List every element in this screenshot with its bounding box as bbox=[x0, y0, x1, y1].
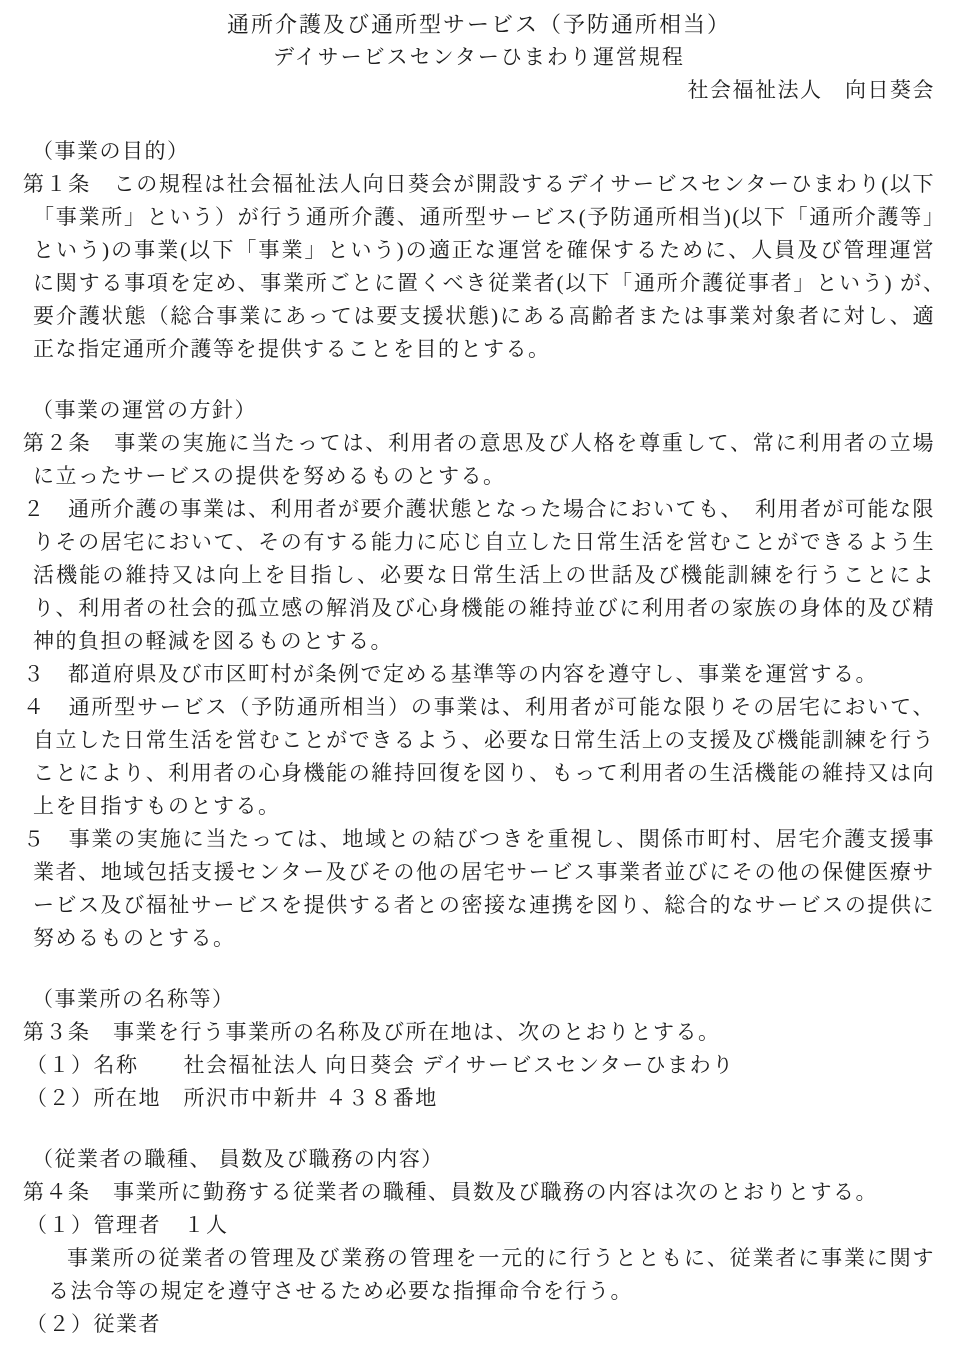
article-paragraph: 第１条 この規程は社会福祉法人向日葵会が開設するデイサービスセンターひまわり(以… bbox=[23, 168, 935, 366]
article-paragraph: ５ 事業の実施に当たっては、地域との結びつきを重視し、関係市町村、居宅介護支援事… bbox=[23, 823, 935, 955]
article-paragraph: 第４条 事業所に勤務する従業者の職種、員数及び職務の内容は次のとおりとする。 bbox=[23, 1176, 935, 1209]
section: （事業の運営の方針）第２条 事業の実施に当たっては、利用者の意思及び人格を尊重し… bbox=[23, 394, 935, 955]
description-paragraph: 事業所の従業者の管理及び業務の管理を一元的に行うとともに、従業者に事業に関する法… bbox=[48, 1242, 935, 1308]
list-item: （１）管理者 １人 bbox=[26, 1209, 935, 1242]
document-body: （事業の目的）第１条 この規程は社会福祉法人向日葵会が開設するデイサービスセンタ… bbox=[23, 135, 935, 1341]
list-item: （１）名称 社会福祉法人 向日葵会 デイサービスセンターひまわり bbox=[26, 1049, 935, 1082]
article-paragraph: ２ 通所介護の事業は、利用者が要介護状態となった場合においても、 利用者が可能な… bbox=[23, 493, 935, 658]
article-paragraph: ３ 都道府県及び市区町村が条例で定める基準等の内容を遵守し、事業を運営する。 bbox=[23, 658, 935, 691]
section-label: （事業所の名称等） bbox=[32, 983, 935, 1016]
organization-name: 社会福祉法人 向日葵会 bbox=[23, 74, 935, 107]
section: （事業所の名称等）第３条 事業を行う事業所の名称及び所在地は、次のとおりとする。… bbox=[23, 983, 935, 1115]
section-label: （事業の目的） bbox=[32, 135, 935, 168]
article-paragraph: 第２条 事業の実施に当たっては、利用者の意思及び人格を尊重して、常に利用者の立場… bbox=[23, 427, 935, 493]
article-paragraph: ４ 通所型サービス（予防通所相当）の事業は、利用者が可能な限りその居宅において、… bbox=[23, 691, 935, 823]
article-paragraph: 第３条 事業を行う事業所の名称及び所在地は、次のとおりとする。 bbox=[23, 1016, 935, 1049]
section: （事業の目的）第１条 この規程は社会福祉法人向日葵会が開設するデイサービスセンタ… bbox=[23, 135, 935, 366]
list-item: （２）従業者 bbox=[26, 1308, 935, 1341]
document-header: 通所介護及び通所型サービス（予防通所相当） デイサービスセンターひまわり運営規程 bbox=[23, 8, 935, 74]
section: （従業者の職種、 員数及び職務の内容）第４条 事業所に勤務する従業者の職種、員数… bbox=[23, 1143, 935, 1341]
document-title: 通所介護及び通所型サービス（予防通所相当） bbox=[23, 8, 935, 41]
section-label: （事業の運営の方針） bbox=[32, 394, 935, 427]
document-subtitle: デイサービスセンターひまわり運営規程 bbox=[23, 41, 935, 74]
document-page: { "header": { "title_line1": "通所介護及び通所型サ… bbox=[0, 0, 960, 1346]
section-label: （従業者の職種、 員数及び職務の内容） bbox=[32, 1143, 935, 1176]
list-item: （２）所在地 所沢市中新井 ４３８番地 bbox=[26, 1082, 935, 1115]
